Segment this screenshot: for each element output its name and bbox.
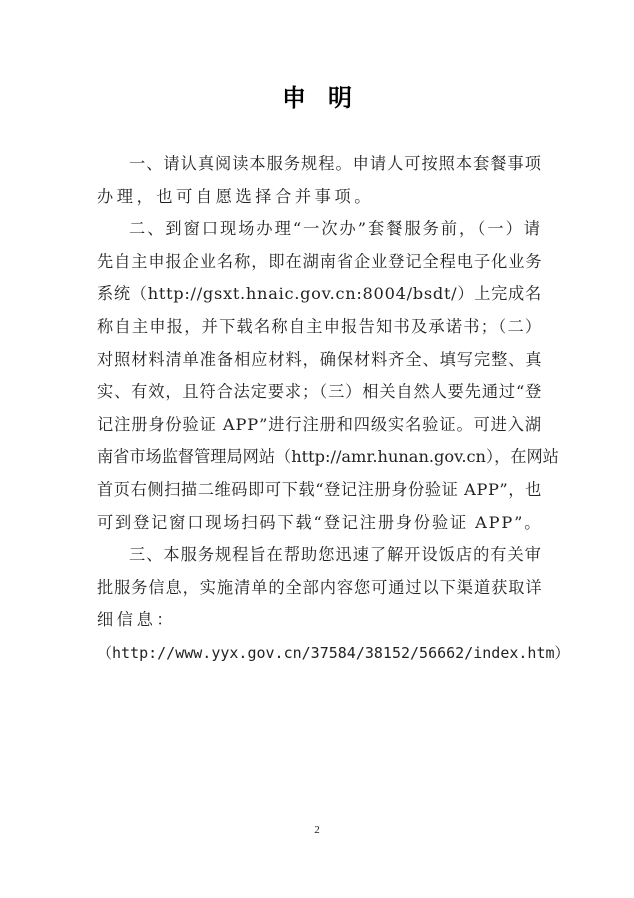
- text-line: 一、请认真阅读本服务规程。申请人可按照本套餐事项: [97, 148, 542, 181]
- paragraph-1: 一、请认真阅读本服务规程。申请人可按照本套餐事项 办理，也可自愿选择合并事项。: [97, 148, 542, 213]
- text-line: 二、到窗口现场办理“一次办”套餐服务前，（一）请: [97, 213, 542, 246]
- url-line: （http://www.yyx.gov.cn/37584/38152/56662…: [97, 637, 542, 670]
- text-line: 先自主申报企业名称，即在湖南省企业登记全程电子化业务: [97, 246, 542, 279]
- text-line-with-link: 系统（http://gsxt.hnaic.gov.cn:8004/bsdt/）上…: [97, 278, 542, 311]
- document-body: 一、请认真阅读本服务规程。申请人可按照本套餐事项 办理，也可自愿选择合并事项。 …: [97, 148, 542, 670]
- text-line-with-link: 南省市场监督管理局网站（http://amr.hunan.gov.cn），在网站: [97, 441, 542, 474]
- text-line: 称自主申报，并下载名称自主申报告知书及承诺书；（二）: [97, 311, 542, 344]
- text-line: 批服务信息，实施清单的全部内容您可通过以下渠道获取详: [97, 572, 542, 605]
- text-line: 对照材料清单准备相应材料，确保材料齐全、填写完整、真: [97, 344, 542, 377]
- text-line: 三、本服务规程旨在帮助您迅速了解开设饭店的有关审: [97, 539, 542, 572]
- text-line: 可到登记窗口现场扫码下载“登记注册身份验证 APP”。: [97, 507, 542, 540]
- text-line: 细信息：: [97, 604, 542, 637]
- page-title: 申明: [0, 78, 634, 113]
- text-line: 办理，也可自愿选择合并事项。: [97, 181, 542, 214]
- text-line: 首页右侧扫描二维码即可下载“登记注册身份验证 APP”，也: [97, 474, 542, 507]
- text-line: 实、有效，且符合法定要求；（三）相关自然人要先通过“登: [97, 376, 542, 409]
- paragraph-2: 二、到窗口现场办理“一次办”套餐服务前，（一）请 先自主申报企业名称，即在湖南省…: [97, 213, 542, 539]
- page-number: 2: [0, 824, 634, 836]
- paragraph-3: 三、本服务规程旨在帮助您迅速了解开设饭店的有关审 批服务信息，实施清单的全部内容…: [97, 539, 542, 669]
- text-line: 记注册身份验证 APP”进行注册和四级实名验证。可进入湖: [97, 409, 542, 442]
